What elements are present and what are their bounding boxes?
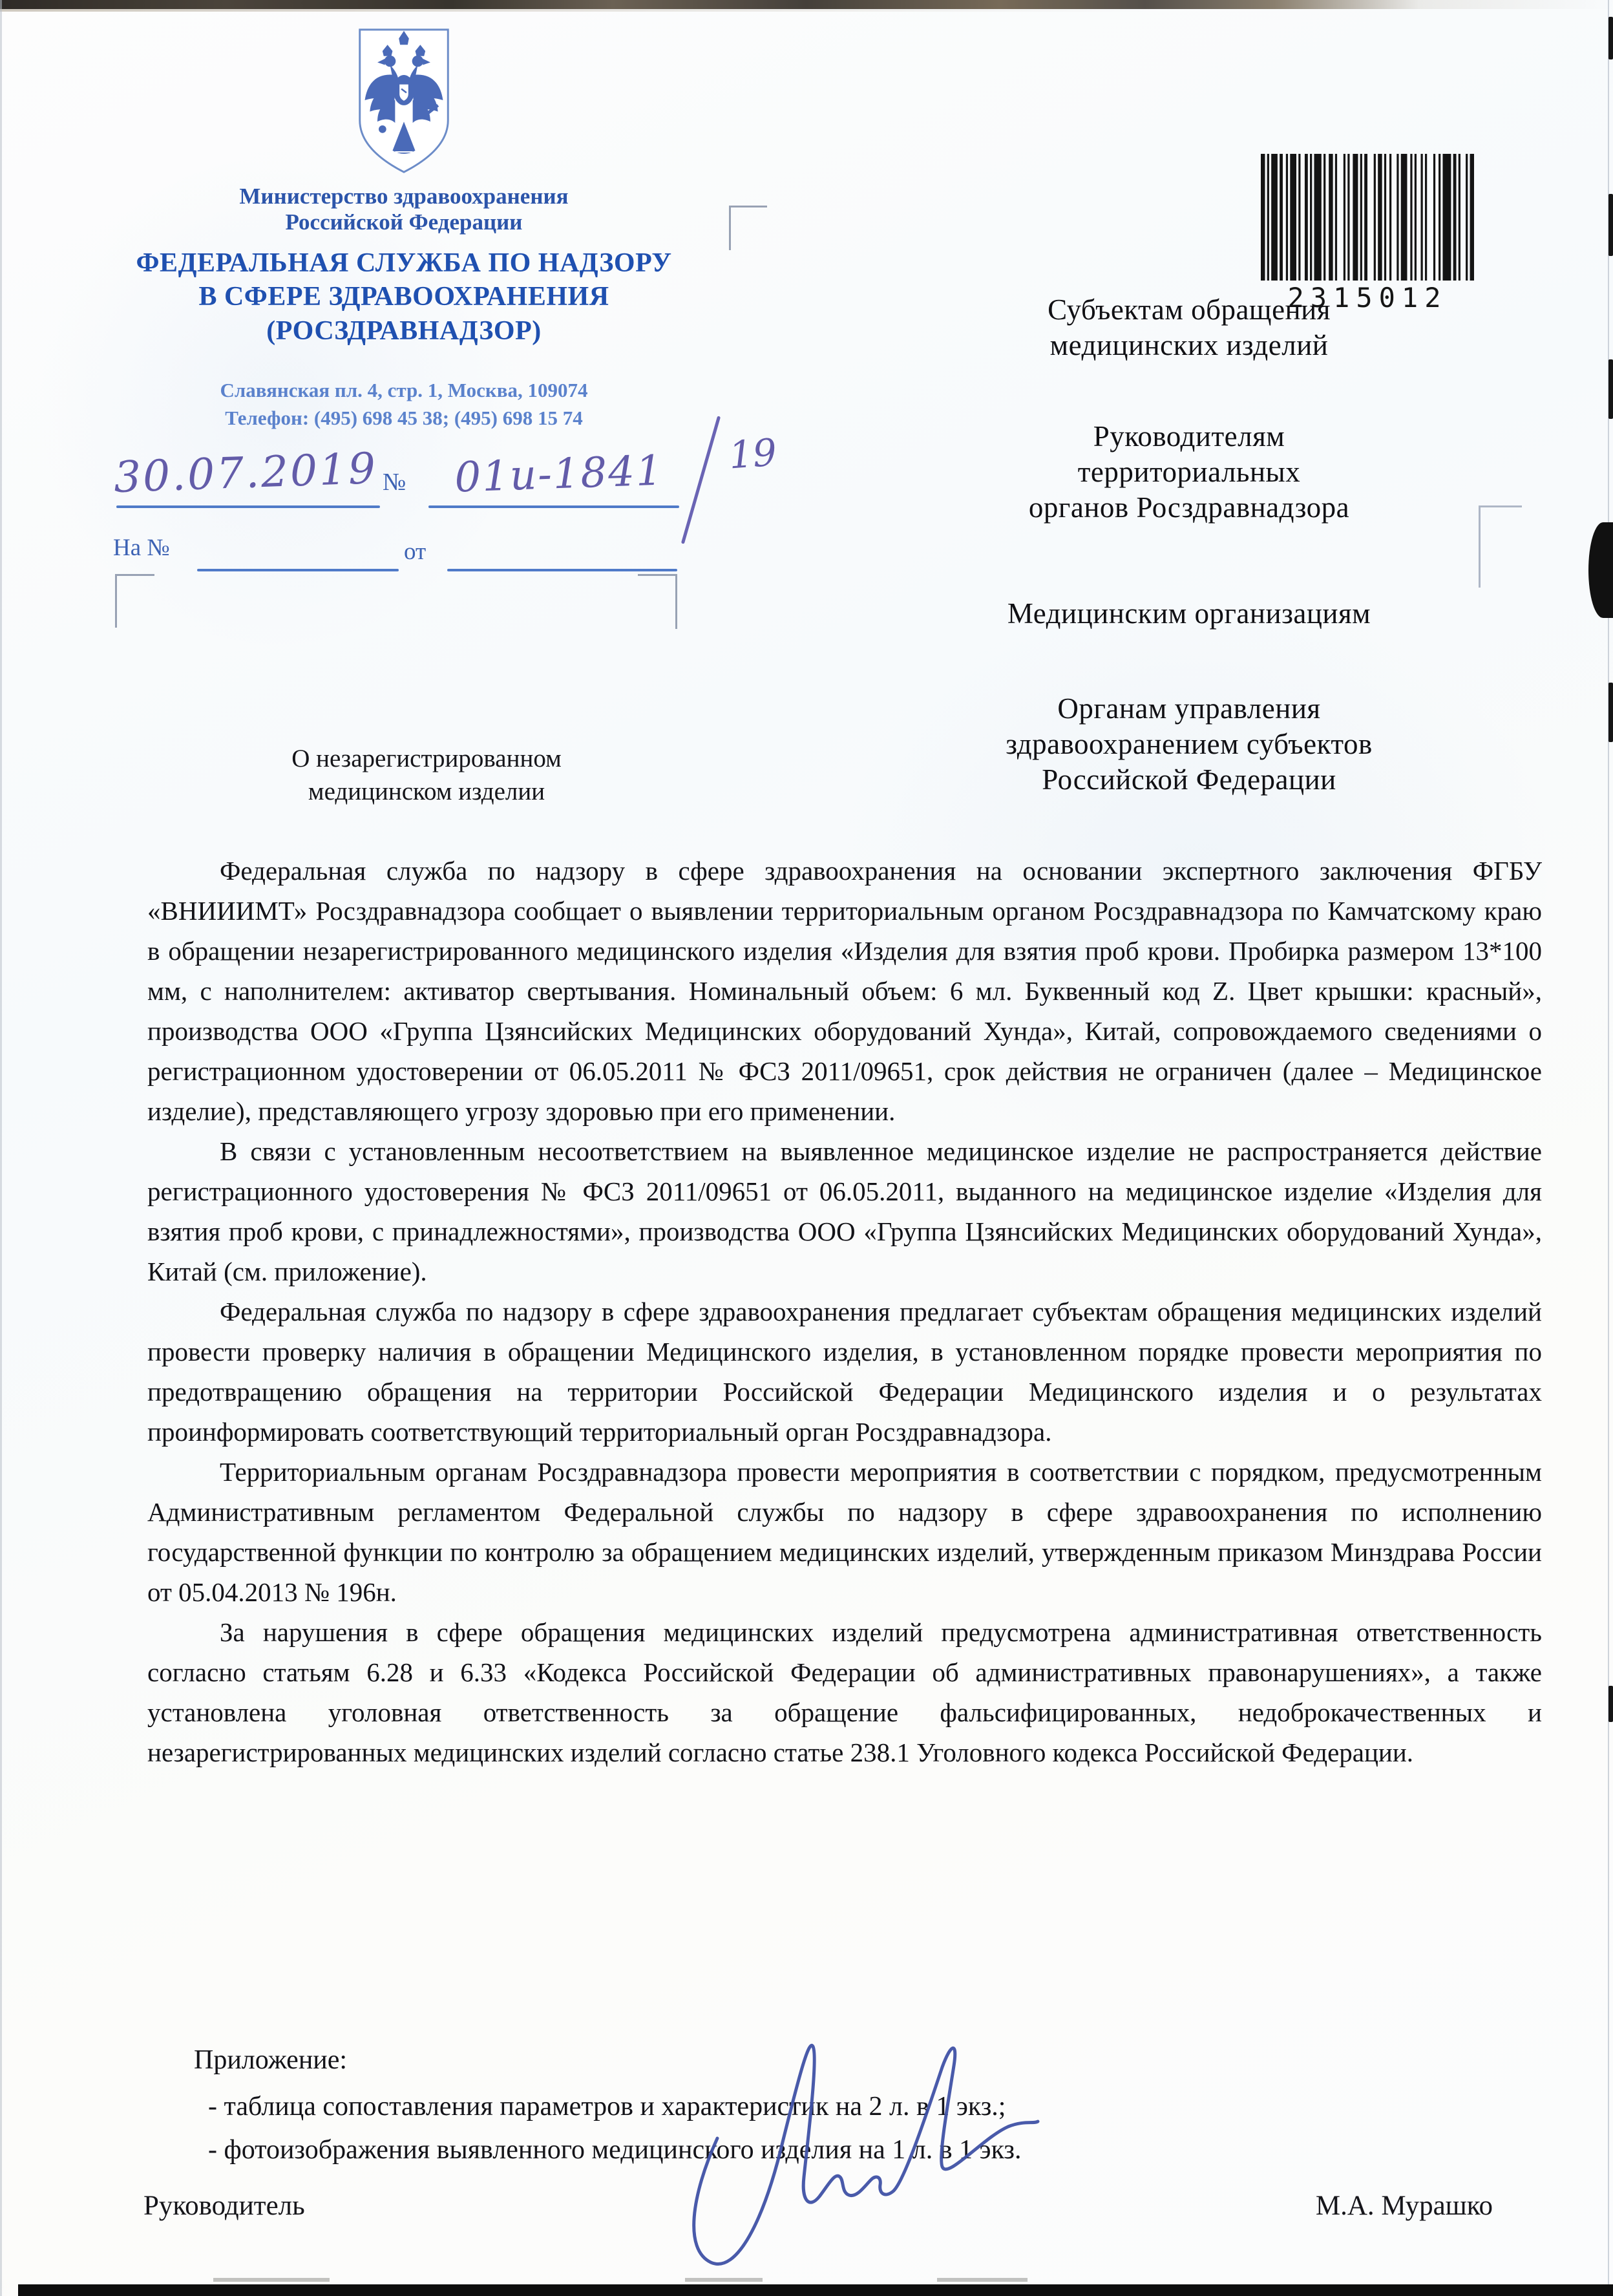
reply-number-underline (197, 569, 399, 571)
scan-artifact-dash (1608, 683, 1613, 742)
scan-artifact-dash (1608, 1686, 1613, 1722)
subject-line1: О незарегистрированном (158, 742, 695, 775)
scan-artifact-top-shadow (0, 9, 1161, 12)
addressee-line: органов Росздравнадзора (885, 490, 1493, 526)
addressee-health-authorities: Органам управления здравоохранением субъ… (885, 691, 1493, 798)
signer-name: М.А. Мурашко (1316, 2190, 1493, 2222)
addressee-subjects: Субъектам обращения медицинских изделий (885, 292, 1493, 363)
phone-numbers: Телефон: (495) 698 45 38; (495) 698 15 7… (78, 404, 730, 432)
scanned-letter-page: Министерство здравоохранения Российской … (0, 0, 1613, 2296)
service-line2: В СФЕРЕ ЗДРАВООХРАНЕНИЯ (78, 280, 730, 314)
addressee-line: Руководителям (885, 419, 1493, 454)
crop-mark-address-zone (729, 206, 767, 250)
handwritten-outgoing-year: 19 (728, 430, 778, 478)
addressee-list: Субъектам обращения медицинских изделий … (885, 292, 1493, 798)
body-paragraph: Территориальным органам Росздравнадзора … (147, 1452, 1542, 1612)
subject-line2: медицинском изделии (158, 775, 695, 808)
body-paragraph: В связи с установленным несоответствием … (147, 1131, 1542, 1291)
reply-date-underline (447, 569, 677, 571)
addressee-line: здравоохранением субъектов (885, 727, 1493, 762)
ministry-line1: Министерство здравоохранения (78, 184, 730, 209)
body-paragraph: За нарушения в сфере обращения медицинск… (147, 1612, 1542, 1772)
scan-artifact-dash (1608, 359, 1613, 419)
scan-artifact-top-bar (0, 0, 1613, 9)
registration-barcode: 2315012 (1259, 154, 1476, 314)
addressee-line: территориальных (885, 454, 1493, 490)
body-paragraph: Федеральная служба по надзору в сфере зд… (147, 1291, 1542, 1452)
handwritten-signature (646, 2022, 1047, 2280)
reply-from-label: от (404, 538, 426, 566)
barcode-bars (1261, 154, 1474, 281)
scan-artifact-smudge (213, 2278, 330, 2282)
signer-position: Руководитель (143, 2190, 305, 2222)
number-sign: № (383, 468, 406, 496)
crop-mark-bottom-left (115, 574, 154, 628)
addressee-line: Медицинским организациям (885, 596, 1493, 632)
contact-block: Славянская пл. 4, стр. 1, Москва, 109074… (78, 376, 730, 432)
scan-artifact-blob (1588, 522, 1613, 618)
number-underline (428, 505, 679, 508)
addressee-territorial-heads: Руководителям территориальных органов Ро… (885, 419, 1493, 526)
service-name: ФЕДЕРАЛЬНАЯ СЛУЖБА ПО НАДЗОРУ В СФЕРЕ ЗД… (78, 246, 730, 348)
scan-artifact-left-edge (0, 0, 2, 2296)
postal-address: Славянская пл. 4, стр. 1, Москва, 109074 (78, 376, 730, 404)
scan-artifact-dash (1608, 17, 1613, 59)
date-underline (116, 505, 380, 508)
addressee-medical-orgs: Медицинским организациям (885, 596, 1493, 632)
handwritten-outgoing-date: 30.07.2019 (109, 443, 382, 503)
service-line3: (РОСЗДРАВНАДЗОР) (78, 314, 730, 348)
letter-subject: О незарегистрированном медицинском издел… (158, 742, 695, 809)
crop-mark-bottom-right (638, 574, 677, 629)
handwritten-outgoing-number: 01и-1841 (429, 446, 689, 503)
scan-artifact-bottom-bar (18, 2284, 1613, 2296)
reply-number-label: На № (113, 534, 170, 562)
addressee-line: Субъектам обращения (885, 292, 1493, 328)
scan-artifact-right-edge (1608, 0, 1609, 2296)
letterhead: Министерство здравоохранения Российской … (78, 26, 730, 432)
ministry-name: Министерство здравоохранения Российской … (78, 184, 730, 236)
addressee-line: Российской Федерации (885, 762, 1493, 798)
russia-coat-of-arms-emblem (353, 26, 454, 177)
letter-body: Федеральная служба по надзору в сфере зд… (147, 851, 1542, 1772)
addressee-line: Органам управления (885, 691, 1493, 727)
scan-artifact-dash (1608, 194, 1613, 256)
ministry-line2: Российской Федерации (78, 209, 730, 235)
addressee-line: медицинских изделий (885, 328, 1493, 363)
service-line1: ФЕДЕРАЛЬНАЯ СЛУЖБА ПО НАДЗОРУ (78, 246, 730, 281)
body-paragraph: Федеральная служба по надзору в сфере зд… (147, 851, 1542, 1131)
